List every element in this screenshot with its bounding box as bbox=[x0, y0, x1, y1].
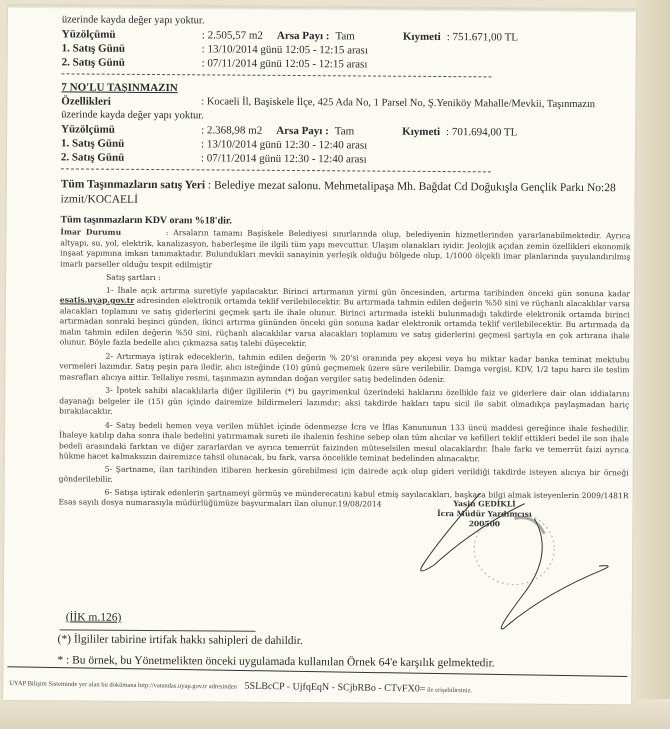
property-7-sale2-row: 2. Satış Günü : 07/11/2014 günü 12:30 - … bbox=[61, 150, 631, 168]
property-6-sale2-row: 2. Satış Günü : 07/11/2014 günü 12:05 - … bbox=[62, 55, 632, 73]
law-reference: (İİK m.126) bbox=[66, 611, 122, 623]
uyap-text: UYAP Bilişim Sisteminde yer alan bu dokü… bbox=[9, 680, 237, 691]
sale1-label: 1. Satış Günü bbox=[61, 136, 201, 151]
condition-1: 1- İhale açık artırma suretiyle yapılaca… bbox=[60, 285, 630, 352]
footnote-divider bbox=[60, 629, 256, 631]
dashed-divider bbox=[62, 73, 492, 77]
signatory-title: İcra Müdür Yardımcısı bbox=[404, 509, 564, 519]
uyap-verification: UYAP Bilişim Sisteminde yer alan bu dokü… bbox=[9, 677, 472, 695]
sale2-value: : 07/11/2014 günü 12:30 - 12:40 arası bbox=[201, 151, 367, 166]
scan-edge-right bbox=[636, 0, 670, 729]
sale1-label: 1. Satış Günü bbox=[62, 41, 202, 56]
value-label: Kıymeti bbox=[403, 30, 441, 44]
sale2-value: : 07/11/2014 günü 12:05 - 12:15 arası bbox=[202, 56, 368, 71]
share-label: Arsa Payı : bbox=[276, 124, 329, 138]
sale-place: Tüm Taşınmazların satış Yeri : Belediye … bbox=[61, 177, 631, 211]
area-value: : 2.505,57 m2 bbox=[202, 28, 263, 42]
document-page: üzerinde kayda değer yapı yoktur. Yüzölç… bbox=[3, 5, 636, 704]
conditions-heading: Satış şartları : bbox=[106, 273, 630, 287]
area-label: Yüzölçümü bbox=[61, 122, 201, 137]
esatis-link[interactable]: esatis.uyap.gov.tr bbox=[60, 295, 134, 305]
condition-3: 3- İpotek sahibi alacaklılarla diğer ilg… bbox=[59, 385, 629, 420]
signatory-number: 200500 bbox=[404, 519, 564, 529]
footnote-1: (*) İlgililer tabirine irtifak hakkı sah… bbox=[58, 633, 303, 647]
condition-5: 5- Şartname, ilan tarihinden itibaren he… bbox=[59, 464, 629, 489]
zoning-label: İmar Durumu bbox=[60, 227, 121, 236]
sale2-label: 2. Satış Günü bbox=[61, 150, 201, 165]
signature-block: Yasin GEDİKLİ İcra Müdür Yardımcısı 2005… bbox=[403, 493, 624, 655]
uyap-tail: ile erişebilirsiniz. bbox=[427, 687, 472, 695]
sale1-value: : 13/10/2014 günü 12:05 - 12:15 arası bbox=[202, 42, 368, 57]
features-label: Özellikleri bbox=[61, 94, 201, 109]
area-value: : 2.368,98 m2 bbox=[201, 123, 262, 137]
condition-1-text-cont: adresinden elektronik ortamda teklif ver… bbox=[60, 296, 630, 348]
value-label: Kıymeti bbox=[402, 125, 440, 139]
dashed-divider bbox=[61, 168, 491, 172]
share-value: Tam bbox=[335, 29, 354, 43]
sale-place-label: Tüm Taşınmazların satış Yeri bbox=[61, 178, 205, 191]
features-value: : Kocaeli İl, Başiskele İlçe, 425 Ada No… bbox=[201, 95, 595, 112]
zoning-text: : Arsaların tamamı Başiskele Belediyesi … bbox=[60, 228, 630, 269]
value-amount: : 751.671,00 TL bbox=[447, 30, 518, 44]
signatory-name: Yasin GEDİKLİ bbox=[404, 499, 564, 509]
share-label: Arsa Payı : bbox=[277, 29, 330, 43]
sale2-label: 2. Satış Günü bbox=[62, 55, 202, 70]
value-amount: : 701.694,00 TL bbox=[446, 125, 517, 139]
share-value: Tam bbox=[335, 124, 354, 138]
document-body: üzerinde kayda değer yapı yoktur. Yüzölç… bbox=[58, 13, 631, 511]
zoning-status: İmar Durumu : Arsaların tamamı Başiskele… bbox=[60, 227, 630, 273]
verification-codes: 5SLBcCP - UjfqEqN - SCjbRBo - CTvFX0= bbox=[244, 681, 425, 695]
condition-4: 4- Satış bedeli hemen veya verilen mühle… bbox=[59, 420, 629, 466]
sale1-value: : 13/10/2014 günü 12:30 - 12:40 arası bbox=[201, 137, 367, 152]
condition-2: 2- Artırmaya iştirak edeceklerin, tahmin… bbox=[59, 351, 629, 386]
area-label: Yüzölçümü bbox=[62, 27, 202, 42]
